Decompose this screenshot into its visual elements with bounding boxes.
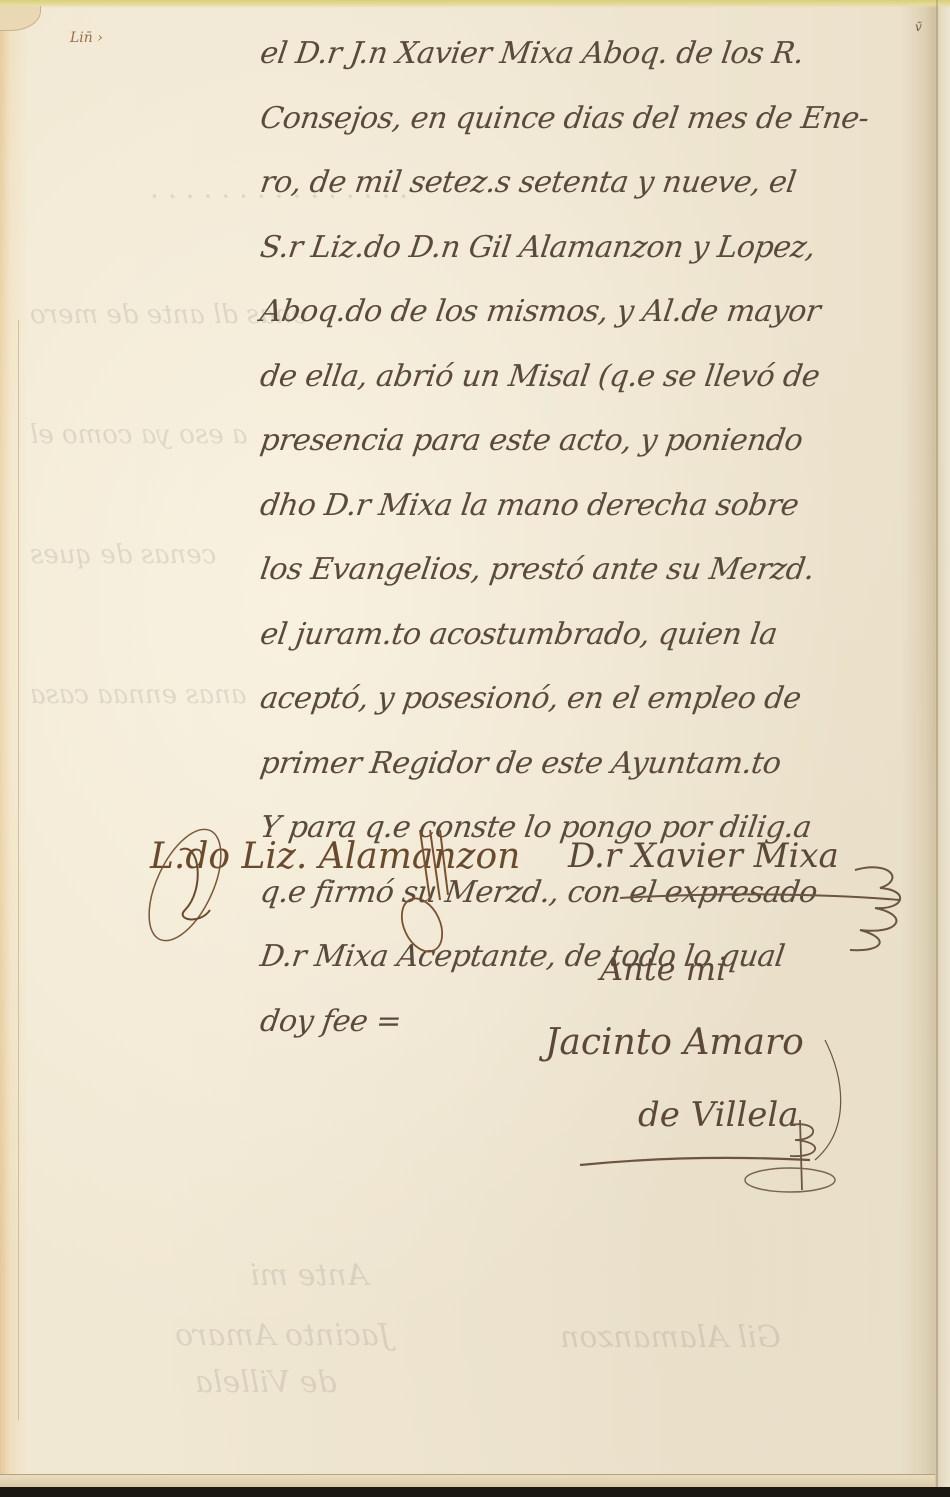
bleed-through-text: a eso ya como el — [30, 420, 247, 450]
bleed-through-text: Ante mi — [250, 1258, 368, 1293]
bleed-through-text: anas ennaa casa — [30, 680, 246, 710]
corner-tear — [0, 6, 41, 31]
top-edge-stain — [0, 0, 950, 8]
text-line: presencia para este acto, y poniendo — [255, 415, 944, 480]
bleed-through-text: cenas de ques — [30, 540, 216, 570]
text-line: ro, de mil setez.s setenta y nueve, el — [255, 157, 944, 222]
text-line: S.r Liz.do D.n Gil Alamanzon y Lopez, — [255, 222, 944, 287]
notary-surname: de Villela — [638, 1095, 799, 1135]
bleed-through-text: Jacinto Amaro — [175, 1318, 391, 1353]
text-line: Aboq.do de los mismos, y Al.de mayor — [255, 286, 944, 351]
manuscript-page: · · · · · · · · · · · · · · · enas dl an… — [0, 0, 950, 1497]
text-line: los Evangelios, prestó ante su Merzd. — [255, 544, 944, 609]
notary-ante-mi: Ante mi — [600, 950, 726, 988]
bleed-through-text: de Villela — [195, 1365, 337, 1400]
text-line: dho D.r Mixa la mano derecha sobre — [255, 480, 944, 545]
text-line: aceptó, y posesionó, en el empleo de — [255, 673, 944, 738]
text-line: de ella, abrió un Misal (q.e se llevó de — [255, 351, 944, 416]
text-line: el juram.to acostumbrado, quien la — [255, 609, 944, 674]
bleed-through-text: Gil Alamanzon — [560, 1320, 781, 1355]
margin-note: Lin̄ › — [70, 30, 103, 46]
left-fold-line — [6, 320, 19, 1420]
manuscript-body: el D.r J.n Xavier Mixa Aboq. de los R. C… — [255, 28, 935, 1060]
signature-alamanzon: L.do Liz. Alamanzon — [150, 836, 520, 877]
signature-mixa: D.r Xavier Mixa — [568, 836, 839, 876]
text-line: primer Regidor de este Ayuntam.to — [255, 738, 944, 803]
notary-name: Jacinto Amaro — [545, 1022, 804, 1063]
scan-bottom-border — [0, 1487, 950, 1497]
text-line: el D.r J.n Xavier Mixa Aboq. de los R. — [255, 28, 944, 93]
text-line: Consejos, en quince dias del mes de Ene- — [255, 93, 944, 158]
